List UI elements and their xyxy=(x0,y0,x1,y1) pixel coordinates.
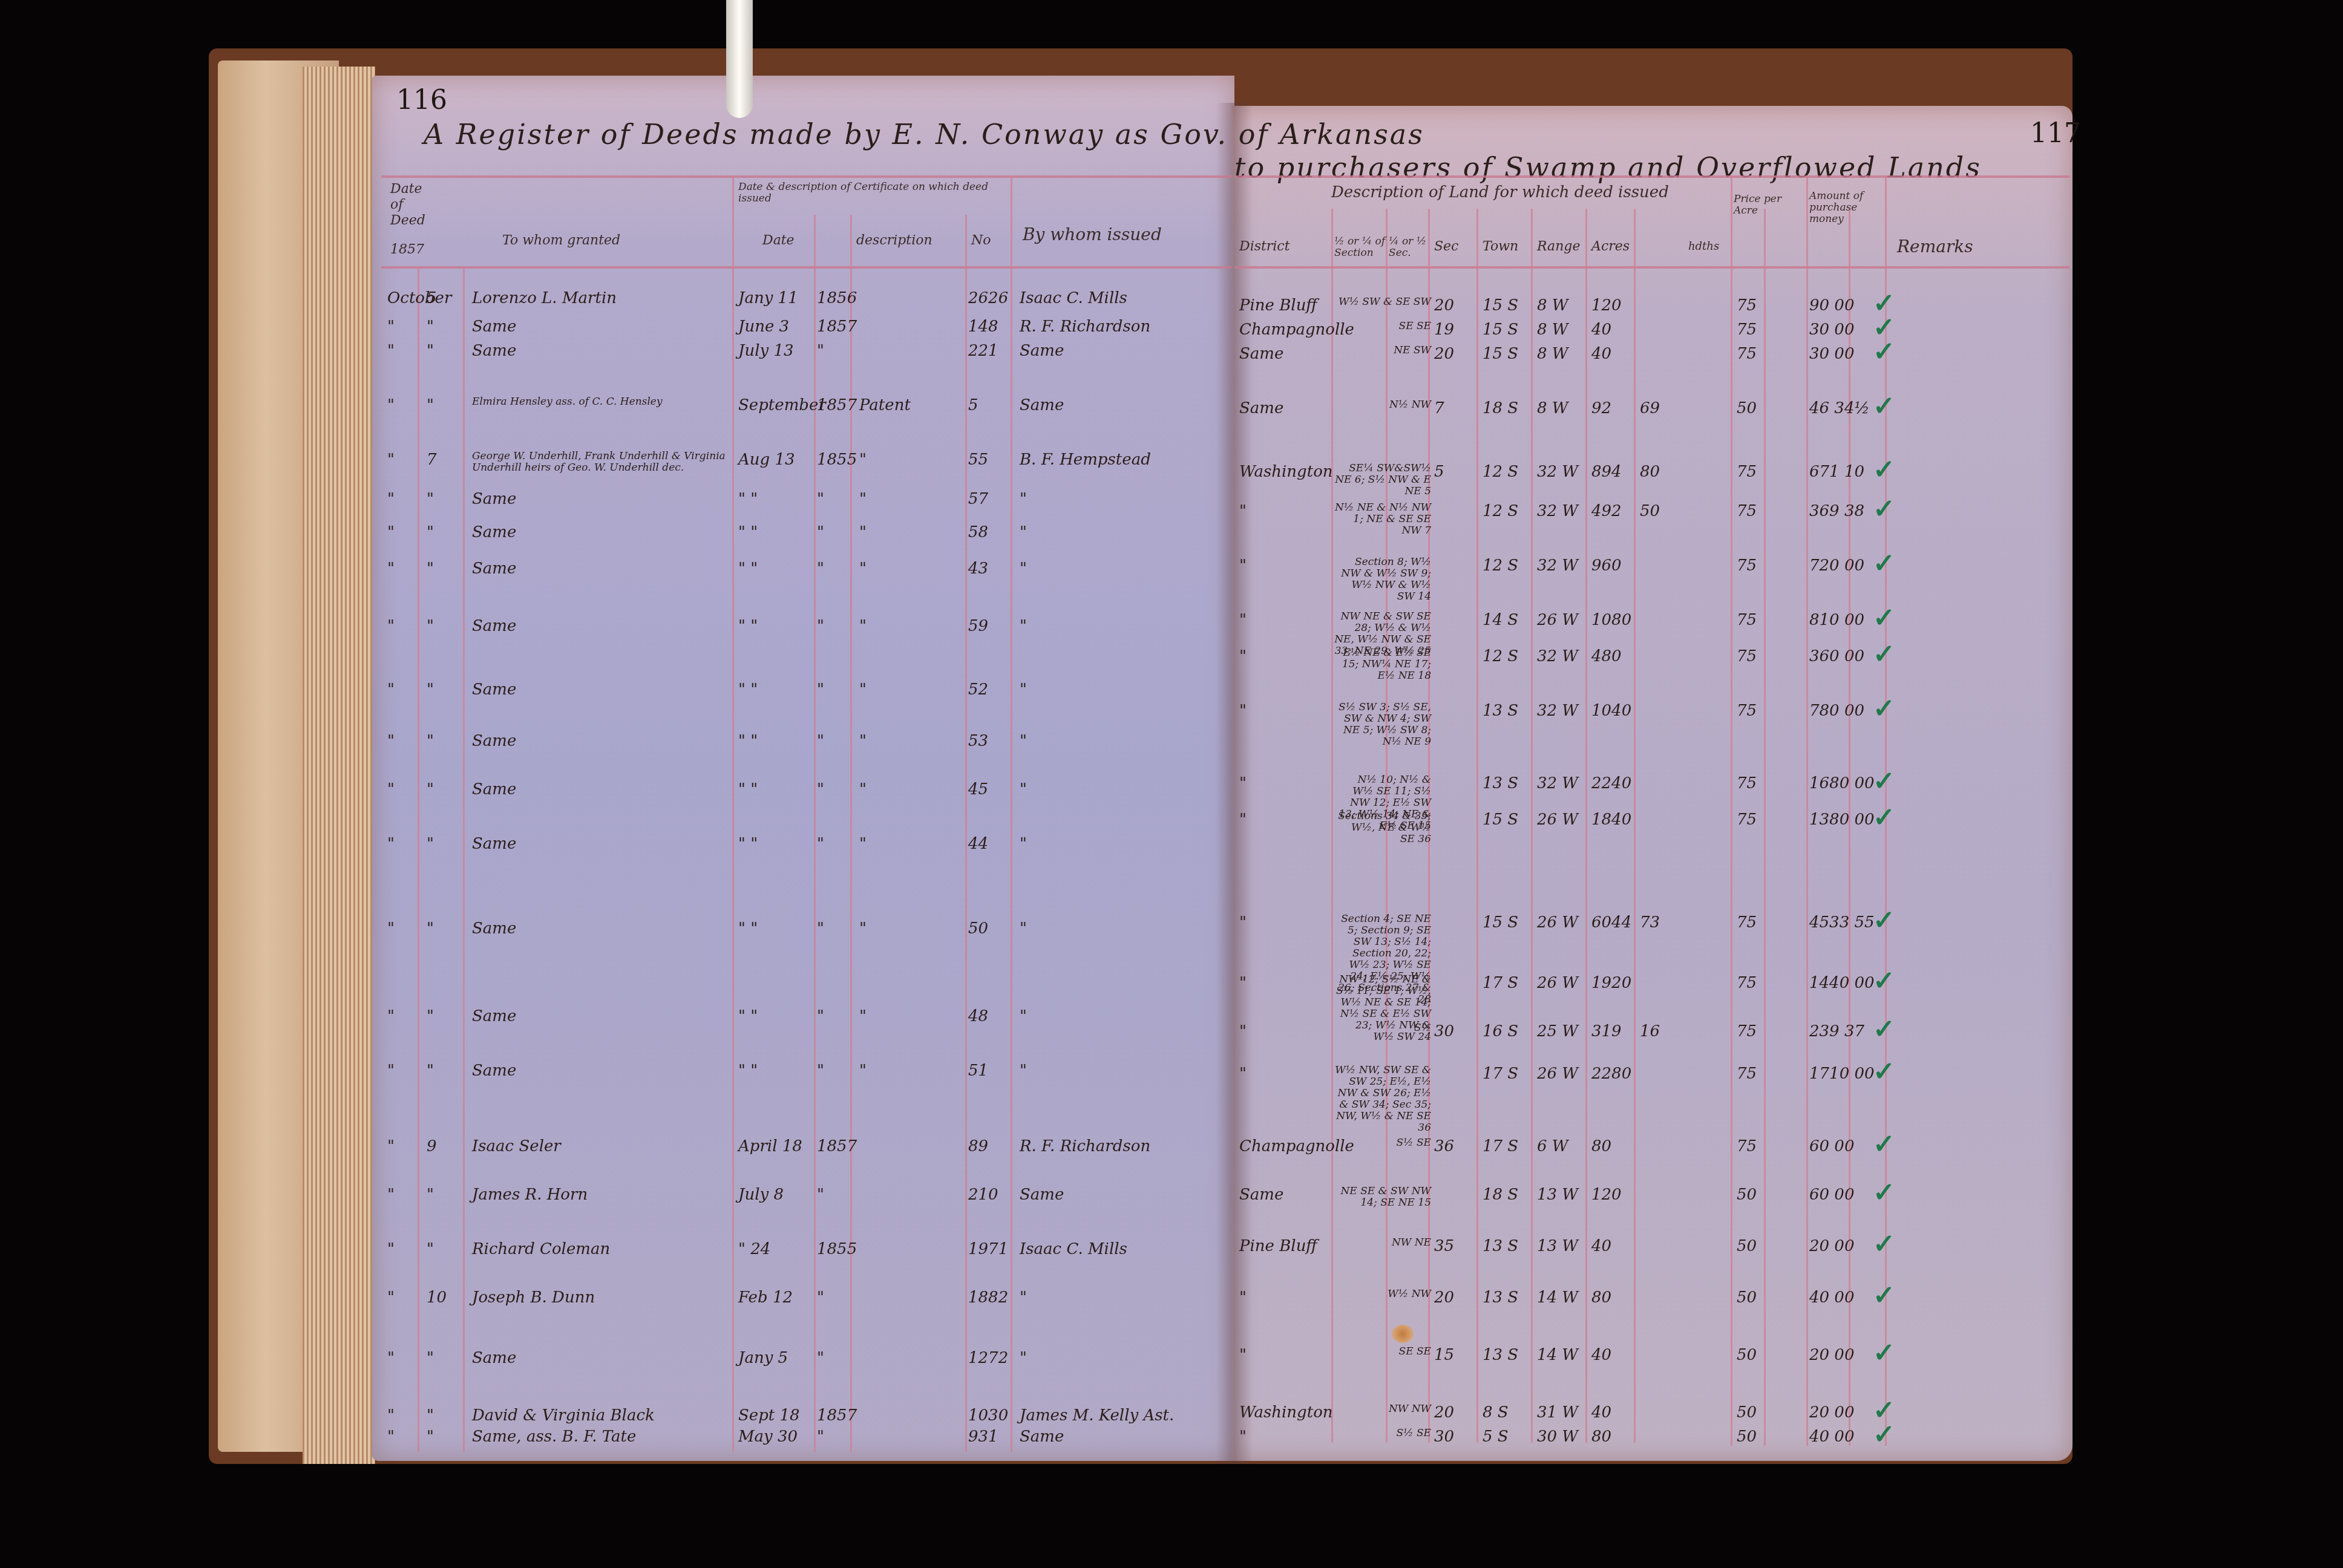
check-mark-icon: ✓ xyxy=(1873,1419,1895,1450)
row-month: " xyxy=(387,780,395,799)
row-cert-date: " " xyxy=(738,681,758,699)
row-land-part: Sections 34 & 35; W½, NE & W½ SE 36 xyxy=(1334,811,1431,845)
row-hdths: 50 xyxy=(1640,502,1660,520)
row-amount: 1440 00 xyxy=(1809,974,1875,992)
column-rule xyxy=(1476,209,1478,1443)
row-cert-year: " xyxy=(817,1349,824,1367)
row-amount: 1680 00 xyxy=(1809,774,1875,792)
row-cert-year: " xyxy=(817,617,824,635)
row-price: 50 xyxy=(1737,1403,1757,1422)
row-issued-by: " xyxy=(1020,1289,1027,1307)
row-sec: 20 xyxy=(1434,1289,1454,1307)
row-cert-desc: " xyxy=(859,835,867,853)
header-cert-description: description xyxy=(856,233,932,249)
row-issued-by: " xyxy=(1020,617,1027,635)
check-mark-icon: ✓ xyxy=(1873,1177,1895,1208)
row-month: " xyxy=(387,1062,395,1080)
row-month: " xyxy=(387,732,395,750)
row-acres: 492 xyxy=(1591,502,1622,520)
row-issued-by: " xyxy=(1020,920,1027,938)
column-rule xyxy=(1731,175,1732,1446)
row-cert-no: 931 xyxy=(968,1428,998,1446)
row-range: 8 W xyxy=(1537,296,1568,315)
row-cert-desc: " xyxy=(859,1062,867,1080)
row-acres: 120 xyxy=(1591,296,1622,315)
row-district: " xyxy=(1239,702,1247,720)
check-mark-icon: ✓ xyxy=(1873,548,1895,579)
header-by-whom-issued: By whom issued xyxy=(1023,227,1162,243)
row-grantee: Same xyxy=(472,920,516,938)
row-month: " xyxy=(387,396,395,414)
row-sec: 35 xyxy=(1434,1237,1454,1255)
row-price: 75 xyxy=(1737,811,1757,829)
row-grantee: Same xyxy=(472,617,516,635)
row-cert-date: July 8 xyxy=(738,1186,784,1204)
header-cert-no: No xyxy=(971,233,991,249)
row-land-part: S½ SW 3; S½ SE, SW & NW 4; SW NE 5; W½ S… xyxy=(1334,702,1431,748)
row-day: " xyxy=(427,732,434,750)
row-price: 75 xyxy=(1737,974,1757,992)
row-acres: 1040 xyxy=(1591,702,1631,720)
check-mark-icon: ✓ xyxy=(1873,1056,1895,1087)
row-day: " xyxy=(427,342,434,360)
row-land-part: SE¼ SW&SW½ NE 6; S½ NW & E NE 5 xyxy=(1334,463,1431,497)
row-town: 13 S xyxy=(1483,774,1518,792)
row-amount: 671 10 xyxy=(1809,463,1864,481)
ink-stain xyxy=(1392,1325,1414,1343)
column-rule xyxy=(1011,175,1012,1452)
row-month: " xyxy=(387,490,395,508)
row-town: 13 S xyxy=(1483,1289,1518,1307)
row-district: " xyxy=(1239,557,1247,575)
header-rule-bottom-left xyxy=(381,266,1231,269)
column-rule xyxy=(965,215,967,1452)
row-cert-no: 53 xyxy=(968,732,988,750)
row-acres: 480 xyxy=(1591,647,1622,665)
row-price: 75 xyxy=(1737,1137,1757,1155)
column-rule xyxy=(1531,209,1533,1443)
row-land-part: S½ SE xyxy=(1334,1137,1431,1149)
header-land-description-group: Description of Land for which deed issue… xyxy=(1331,185,1694,200)
row-cert-date: Jany 11 xyxy=(738,289,798,307)
row-amount: 20 00 xyxy=(1809,1403,1854,1422)
row-amount: 369 38 xyxy=(1809,502,1864,520)
row-price: 50 xyxy=(1737,1289,1757,1307)
check-mark-icon: ✓ xyxy=(1873,1229,1895,1259)
row-hdths: 73 xyxy=(1640,913,1660,932)
row-acres: 1840 xyxy=(1591,811,1631,829)
row-amount: 360 00 xyxy=(1809,647,1864,665)
row-sec: 7 xyxy=(1434,399,1444,417)
header-acres: Acres xyxy=(1591,239,1630,255)
row-district: " xyxy=(1239,811,1247,829)
row-cert-desc: " xyxy=(859,920,867,938)
row-range: 30 W xyxy=(1537,1428,1578,1446)
row-range: 14 W xyxy=(1537,1289,1578,1307)
column-rule xyxy=(1764,209,1766,1446)
row-cert-year: " xyxy=(817,681,824,699)
row-grantee: Lorenzo L. Martin xyxy=(472,289,617,307)
row-issued-by: " xyxy=(1020,681,1027,699)
row-amount: 780 00 xyxy=(1809,702,1864,720)
row-price: 50 xyxy=(1737,1237,1757,1255)
row-amount: 30 00 xyxy=(1809,321,1854,339)
row-acres: 2280 xyxy=(1591,1065,1631,1083)
row-land-part: W½ NW xyxy=(1334,1289,1431,1300)
page-edges xyxy=(303,67,375,1464)
header-cert-date: Date xyxy=(762,233,795,249)
row-sec: 30 xyxy=(1434,1022,1454,1040)
row-month: " xyxy=(387,342,395,360)
row-sec: 19 xyxy=(1434,321,1454,339)
bookmark-ribbon xyxy=(726,0,753,118)
row-cert-no: 52 xyxy=(968,681,988,699)
row-town: 17 S xyxy=(1483,974,1518,992)
row-acres: 40 xyxy=(1591,1237,1611,1255)
row-cert-desc: " xyxy=(859,1007,867,1025)
row-cert-desc: " xyxy=(859,780,867,799)
row-town: 13 S xyxy=(1483,1237,1518,1255)
row-cert-no: 221 xyxy=(968,342,998,360)
row-day: " xyxy=(427,523,434,541)
header-town: Town xyxy=(1483,239,1518,255)
row-range: 32 W xyxy=(1537,702,1578,720)
check-mark-icon: ✓ xyxy=(1873,693,1895,724)
row-range: 13 W xyxy=(1537,1186,1578,1204)
row-amount: 20 00 xyxy=(1809,1237,1854,1255)
row-amount: 720 00 xyxy=(1809,557,1864,575)
check-mark-icon: ✓ xyxy=(1873,1338,1895,1368)
row-grantee: Same xyxy=(472,523,516,541)
row-grantee: Same xyxy=(472,732,516,750)
row-day: 9 xyxy=(427,1137,437,1155)
row-price: 50 xyxy=(1737,399,1757,417)
row-amount: 1380 00 xyxy=(1809,811,1875,829)
row-month: " xyxy=(387,1240,395,1258)
row-land-part: E½ NE & E½ SE 15; NW¼ NE 17; E½ NE 18 xyxy=(1334,647,1431,682)
row-range: 26 W xyxy=(1537,913,1578,932)
row-day: " xyxy=(427,1062,434,1080)
row-day: " xyxy=(427,1186,434,1204)
row-amount: 40 00 xyxy=(1809,1289,1854,1307)
row-cert-desc: " xyxy=(859,617,867,635)
row-acres: 1080 xyxy=(1591,611,1631,629)
header-to-whom-granted: To whom granted xyxy=(502,233,620,249)
row-grantee: Same xyxy=(472,342,516,360)
row-month: " xyxy=(387,617,395,635)
row-cert-date: " " xyxy=(738,617,758,635)
row-day: 7 xyxy=(427,451,437,469)
row-land-part: N½ NE & N½ NW 1; NE & SE SE NW 7 xyxy=(1334,502,1431,537)
row-grantee: George W. Underhill, Frank Underhill & V… xyxy=(472,451,726,474)
row-cert-desc: " xyxy=(859,490,867,508)
row-issued-by: " xyxy=(1020,1007,1027,1025)
row-town: 18 S xyxy=(1483,1186,1518,1204)
row-cert-no: 57 xyxy=(968,490,988,508)
column-rule xyxy=(1331,209,1333,1443)
row-district: " xyxy=(1239,1065,1247,1083)
row-sec: 36 xyxy=(1434,1137,1454,1155)
row-range: 13 W xyxy=(1537,1237,1578,1255)
row-acres: 6044 xyxy=(1591,913,1631,932)
row-month: October xyxy=(387,289,451,307)
row-price: 75 xyxy=(1737,345,1757,363)
row-cert-date: July 13 xyxy=(738,342,794,360)
row-district: " xyxy=(1239,647,1247,665)
row-price: 50 xyxy=(1737,1346,1757,1364)
row-price: 75 xyxy=(1737,1065,1757,1083)
row-range: 8 W xyxy=(1537,345,1568,363)
check-mark-icon: ✓ xyxy=(1873,454,1895,485)
check-mark-icon: ✓ xyxy=(1873,603,1895,633)
row-cert-no: 1272 xyxy=(968,1349,1008,1367)
row-land-part: NE SE & SW NW 14; SE NE 15 xyxy=(1334,1186,1431,1209)
page-number-right: 117 xyxy=(2030,118,2081,149)
check-mark-icon: ✓ xyxy=(1873,494,1895,524)
row-issued-by: James M. Kelly Ast. xyxy=(1020,1406,1174,1425)
row-issued-by: " xyxy=(1020,1349,1027,1367)
row-cert-date: " " xyxy=(738,1007,758,1025)
row-acres: 2240 xyxy=(1591,774,1631,792)
row-day: " xyxy=(427,318,434,336)
row-district: " xyxy=(1239,611,1247,629)
row-land-part: W½ SW & SE SW xyxy=(1334,296,1431,308)
row-cert-year: " xyxy=(817,920,824,938)
row-land-part: S½ xyxy=(1334,1022,1431,1034)
check-mark-icon: ✓ xyxy=(1873,391,1895,422)
row-month: " xyxy=(387,1137,395,1155)
row-district: " xyxy=(1239,502,1247,520)
page-number-left: 116 xyxy=(396,85,447,116)
check-mark-icon: ✓ xyxy=(1873,802,1895,833)
ledger-title-right: to purchasers of Swamp and Overflowed La… xyxy=(1234,151,1982,184)
header-district: District xyxy=(1239,239,1290,255)
row-sec: 30 xyxy=(1434,1428,1454,1446)
row-issued-by: " xyxy=(1020,835,1027,853)
row-month: " xyxy=(387,1007,395,1025)
row-cert-date: " 24 xyxy=(738,1240,770,1258)
row-cert-date: Feb 12 xyxy=(738,1289,793,1307)
check-mark-icon: ✓ xyxy=(1873,336,1895,367)
row-price: 75 xyxy=(1737,774,1757,792)
row-grantee: Isaac Seler xyxy=(472,1137,561,1155)
row-cert-no: 45 xyxy=(968,780,988,799)
row-cert-year: 1857 xyxy=(817,1406,857,1425)
row-day: " xyxy=(427,1349,434,1367)
row-acres: 960 xyxy=(1591,557,1622,575)
row-issued-by: B. F. Hempstead xyxy=(1020,451,1151,469)
row-district: " xyxy=(1239,1289,1247,1307)
row-town: 12 S xyxy=(1483,502,1518,520)
row-sec: 20 xyxy=(1434,296,1454,315)
row-range: 8 W xyxy=(1537,399,1568,417)
row-town: 17 S xyxy=(1483,1137,1518,1155)
row-amount: 60 00 xyxy=(1809,1186,1854,1204)
row-cert-date: " " xyxy=(738,920,758,938)
row-acres: 40 xyxy=(1591,345,1611,363)
row-cert-desc: " xyxy=(859,451,867,469)
row-amount: 30 00 xyxy=(1809,345,1854,363)
row-cert-no: 89 xyxy=(968,1137,988,1155)
header-part-of-section: ½ or ¼ of Section xyxy=(1334,236,1386,259)
row-price: 75 xyxy=(1737,1022,1757,1040)
row-cert-date: " " xyxy=(738,560,758,578)
row-district: Pine Bluff xyxy=(1239,296,1317,315)
row-grantee: Same xyxy=(472,681,516,699)
row-day: " xyxy=(427,835,434,853)
row-cert-desc: " xyxy=(859,732,867,750)
row-cert-desc: " xyxy=(859,560,867,578)
row-town: 12 S xyxy=(1483,463,1518,481)
row-cert-year: " xyxy=(817,490,824,508)
row-town: 8 S xyxy=(1483,1403,1509,1422)
row-cert-year: 1857 xyxy=(817,318,857,336)
row-amount: 40 00 xyxy=(1809,1428,1854,1446)
row-amount: 4533 55 xyxy=(1809,913,1875,932)
row-cert-no: 50 xyxy=(968,920,988,938)
row-amount: 46 34½ xyxy=(1809,399,1870,417)
row-town: 18 S xyxy=(1483,399,1518,417)
row-land-part: NE SW xyxy=(1334,345,1431,356)
row-town: 12 S xyxy=(1483,557,1518,575)
row-town: 15 S xyxy=(1483,345,1518,363)
row-district: Same xyxy=(1239,399,1283,417)
row-grantee: Same xyxy=(472,780,516,799)
header-rule-bottom-right xyxy=(1234,266,2069,269)
row-district: Same xyxy=(1239,345,1283,363)
row-district: Pine Bluff xyxy=(1239,1237,1317,1255)
header-rule-top-right xyxy=(1234,175,2069,178)
row-issued-by: Same xyxy=(1020,1428,1064,1446)
row-range: 32 W xyxy=(1537,502,1578,520)
row-price: 75 xyxy=(1737,647,1757,665)
row-cert-no: 44 xyxy=(968,835,988,853)
row-month: " xyxy=(387,523,395,541)
check-mark-icon: ✓ xyxy=(1873,905,1895,936)
row-range: 31 W xyxy=(1537,1403,1578,1422)
row-grantee: Same xyxy=(472,560,516,578)
row-amount: 1710 00 xyxy=(1809,1065,1875,1083)
row-cert-date: Sept 18 xyxy=(738,1406,800,1425)
row-sec: 5 xyxy=(1434,463,1444,481)
row-acres: 894 xyxy=(1591,463,1622,481)
row-district: " xyxy=(1239,913,1247,932)
row-price: 75 xyxy=(1737,611,1757,629)
row-issued-by: Isaac C. Mills xyxy=(1020,1240,1127,1258)
row-month: " xyxy=(387,681,395,699)
row-grantee: Same xyxy=(472,318,516,336)
row-cert-no: 1030 xyxy=(968,1406,1008,1425)
row-hdths: 69 xyxy=(1640,399,1660,417)
row-issued-by: Same xyxy=(1020,342,1064,360)
row-cert-year: 1855 xyxy=(817,1240,857,1258)
row-day: " xyxy=(427,920,434,938)
row-month: " xyxy=(387,1289,395,1307)
row-district: " xyxy=(1239,974,1247,992)
row-cert-year: 1857 xyxy=(817,396,857,414)
row-acres: 1920 xyxy=(1591,974,1631,992)
row-cert-date: June 3 xyxy=(738,318,789,336)
row-price: 75 xyxy=(1737,502,1757,520)
row-acres: 40 xyxy=(1591,1346,1611,1364)
row-town: 13 S xyxy=(1483,1346,1518,1364)
header-year: 1857 xyxy=(390,242,424,258)
column-rule xyxy=(418,266,419,1452)
row-issued-by: " xyxy=(1020,732,1027,750)
column-rule xyxy=(463,266,465,1452)
row-price: 75 xyxy=(1737,702,1757,720)
row-town: 15 S xyxy=(1483,321,1518,339)
row-district: Washington xyxy=(1239,463,1333,481)
row-hdths: 16 xyxy=(1640,1022,1660,1040)
column-rule xyxy=(1634,209,1636,1443)
row-grantee: Same xyxy=(472,835,516,853)
row-cert-date: " " xyxy=(738,1062,758,1080)
row-price: 75 xyxy=(1737,296,1757,315)
row-grantee: Same, ass. B. F. Tate xyxy=(472,1428,636,1446)
row-range: 26 W xyxy=(1537,811,1578,829)
row-issued-by: Isaac C. Mills xyxy=(1020,289,1127,307)
row-district: " xyxy=(1239,1022,1247,1040)
row-month: " xyxy=(387,1349,395,1367)
row-cert-year: 1856 xyxy=(817,289,857,307)
row-issued-by: " xyxy=(1020,523,1027,541)
row-land-part: Section 8; W½ NW & W½ SW 9; W½ NW & W½ S… xyxy=(1334,557,1431,603)
row-cert-no: 43 xyxy=(968,560,988,578)
row-acres: 40 xyxy=(1591,1403,1611,1422)
row-grantee: David & Virginia Black xyxy=(472,1406,655,1425)
row-district: Same xyxy=(1239,1186,1283,1204)
photo-background: 116 117 A Register of Deeds made by E. N… xyxy=(0,0,2343,1568)
row-town: 16 S xyxy=(1483,1022,1518,1040)
row-cert-no: 55 xyxy=(968,451,988,469)
row-price: 50 xyxy=(1737,1428,1757,1446)
row-month: " xyxy=(387,1186,395,1204)
row-issued-by: Same xyxy=(1020,396,1064,414)
row-range: 14 W xyxy=(1537,1346,1578,1364)
row-acres: 80 xyxy=(1591,1137,1611,1155)
row-town: 12 S xyxy=(1483,647,1518,665)
row-cert-date: May 30 xyxy=(738,1428,798,1446)
row-issued-by: R. F. Richardson xyxy=(1020,318,1150,336)
row-cert-date: " " xyxy=(738,732,758,750)
row-day: " xyxy=(427,490,434,508)
header-part-of-quarter: ¼ or ½ Sec. xyxy=(1389,236,1428,259)
row-cert-date: " " xyxy=(738,490,758,508)
ledger-title-left: A Register of Deeds made by E. N. Conway… xyxy=(424,118,1424,151)
row-land-part: NW NE xyxy=(1334,1237,1431,1249)
row-cert-year: " xyxy=(817,1428,824,1446)
row-district: " xyxy=(1239,774,1247,792)
row-month: " xyxy=(387,920,395,938)
row-month: " xyxy=(387,451,395,469)
row-month: " xyxy=(387,318,395,336)
header-certificate-group: Date & description of Certificate on whi… xyxy=(738,181,1004,204)
header-rule-top-left xyxy=(381,175,1231,178)
row-cert-date: Jany 5 xyxy=(738,1349,788,1367)
header-remarks: Remarks xyxy=(1897,239,1973,255)
row-town: 15 S xyxy=(1483,296,1518,315)
row-cert-no: 59 xyxy=(968,617,988,635)
row-acres: 80 xyxy=(1591,1428,1611,1446)
row-price: 75 xyxy=(1737,913,1757,932)
row-day: " xyxy=(427,617,434,635)
row-acres: 80 xyxy=(1591,1289,1611,1307)
row-range: 26 W xyxy=(1537,1065,1578,1083)
row-grantee: James R. Horn xyxy=(472,1186,588,1204)
row-district: " xyxy=(1239,1428,1247,1446)
row-month: " xyxy=(387,560,395,578)
